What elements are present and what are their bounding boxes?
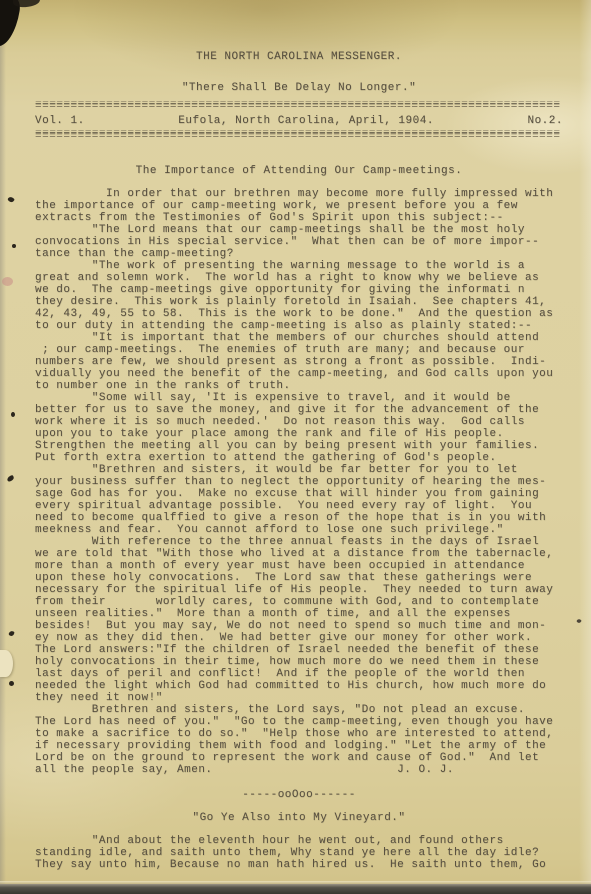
article-2-heading: "Go Ye Also into My Vineyard." bbox=[35, 812, 563, 824]
newsletter-title: THE NORTH CAROLINA MESSENGER. bbox=[35, 51, 563, 63]
dateline: Eufola, North Carolina, April, 1904. bbox=[178, 115, 434, 127]
scanned-newsletter-page: THE NORTH CAROLINA MESSENGER. "There Sha… bbox=[0, 0, 591, 894]
masthead-rule-bottom: ========================================… bbox=[35, 130, 563, 141]
article-1-heading: The Importance of Attending Our Camp-mee… bbox=[35, 165, 563, 177]
scan-edge-shadow bbox=[0, 884, 591, 894]
volume-date-line: Vol. 1. Eufola, North Carolina, April, 1… bbox=[35, 115, 563, 127]
masthead: THE NORTH CAROLINA MESSENGER. "There Sha… bbox=[35, 51, 563, 141]
page-content: THE NORTH CAROLINA MESSENGER. "There Sha… bbox=[0, 0, 591, 871]
ink-speck bbox=[11, 412, 15, 417]
section-divider: -----ooOoo------ bbox=[35, 789, 563, 801]
ink-speck bbox=[12, 244, 16, 248]
pink-smudge bbox=[2, 277, 13, 286]
masthead-rule-top: ========================================… bbox=[35, 101, 563, 111]
issue-number: No.2. bbox=[527, 115, 563, 127]
masthead-motto: "There Shall Be Delay No Longer." bbox=[35, 82, 563, 94]
ink-speck bbox=[9, 681, 14, 686]
article-2-body: "And about the eleventh hour he went out… bbox=[35, 835, 563, 871]
article-1-body: In order that our brethren may become mo… bbox=[35, 188, 563, 776]
volume-label: Vol. 1. bbox=[35, 115, 85, 127]
